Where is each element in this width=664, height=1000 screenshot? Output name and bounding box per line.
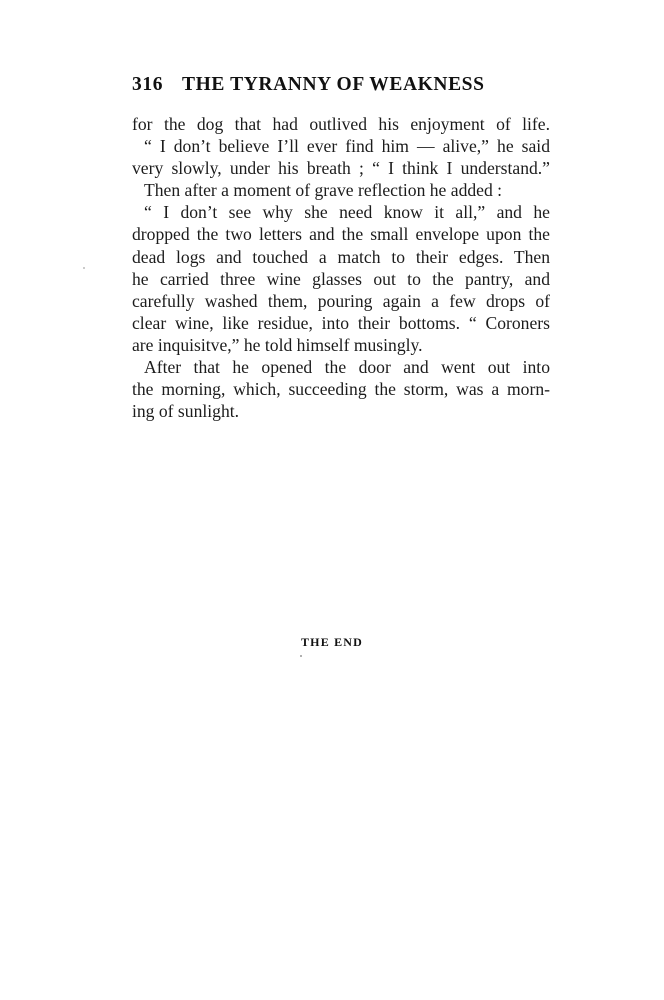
text-line: carefully washed them, pouring again a f… <box>132 290 550 312</box>
running-head: 316 THE TYRANNY OF WEAKNESS <box>132 74 552 104</box>
book-title-header: THE TYRANNY OF WEAKNESS <box>182 74 485 96</box>
the-end-colophon: THE END <box>0 635 664 650</box>
text-line: “ I don’t believe I’ll ever find him — a… <box>132 135 550 157</box>
text-line: dead logs and touched a match to their e… <box>132 246 550 268</box>
text-line: he carried three wine glasses out to the… <box>132 268 550 290</box>
text-line: very slowly, under his breath ; “ I thin… <box>132 157 550 179</box>
book-page: 316 THE TYRANNY OF WEAKNESS for the dog … <box>0 0 664 1000</box>
text-line: for the dog that had outlived his enjoym… <box>132 113 550 135</box>
text-line: clear wine, like residue, into their bot… <box>132 312 550 334</box>
body-text: for the dog that had outlived his enjoym… <box>132 113 550 422</box>
text-line: ing of sunlight. <box>132 400 550 422</box>
text-line: the morning, which, succeeding the storm… <box>132 378 550 400</box>
page-number: 316 <box>132 74 163 96</box>
print-speck <box>300 655 302 657</box>
print-speck <box>83 267 85 269</box>
text-line: are inquisitve,” he told himself musingl… <box>132 334 550 356</box>
text-line: Then after a moment of grave reflection … <box>132 179 550 201</box>
text-line: After that he opened the door and went o… <box>132 356 550 378</box>
text-line: dropped the two letters and the small en… <box>132 223 550 245</box>
text-line: “ I don’t see why she need know it all,”… <box>132 201 550 223</box>
